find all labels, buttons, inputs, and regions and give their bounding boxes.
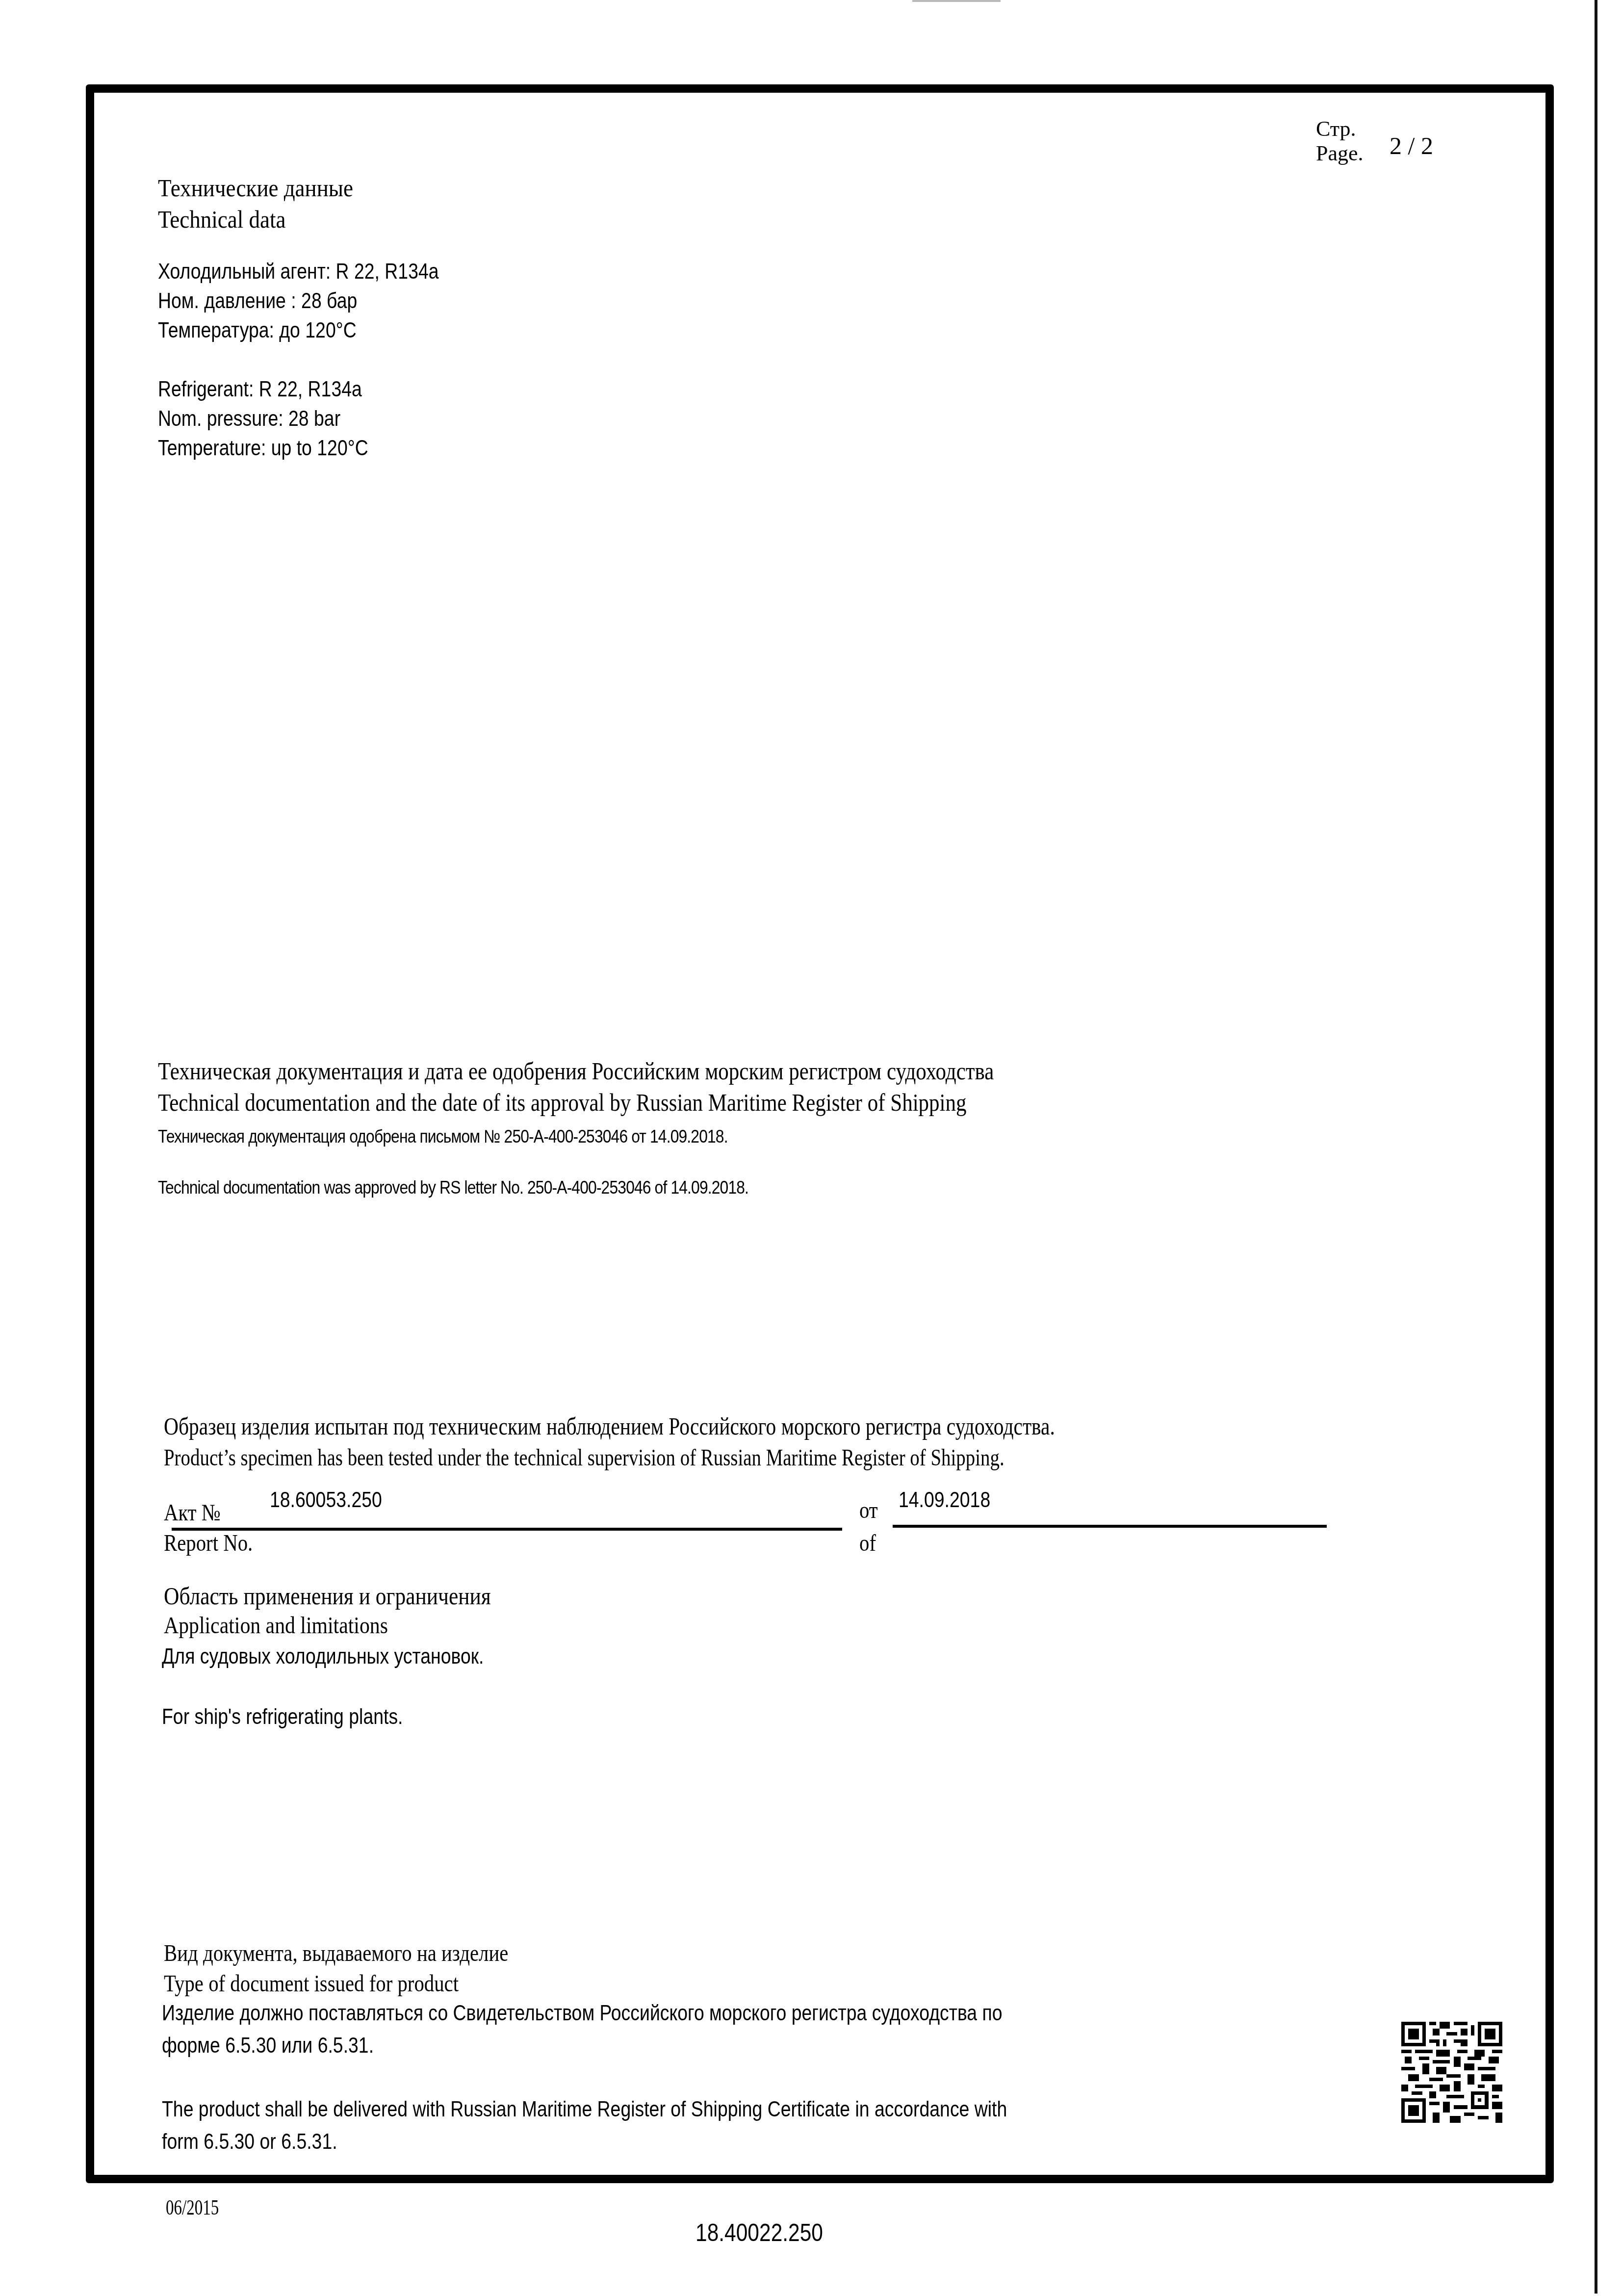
- application-text-ru: Для судовых холодильных установок.: [162, 1646, 541, 1668]
- report-label-en: Report No.: [164, 1532, 268, 1555]
- document-type-text-en-line2: form 6.5.30 or 6.5.31.: [162, 2131, 368, 2153]
- technical-data-heading-en: Technical data: [158, 207, 300, 232]
- specimen-heading-en: Product’s specimen has been tested under…: [164, 1446, 1202, 1470]
- scan-edge-line: [1595, 0, 1597, 2294]
- report-label-ru: Акт №: [164, 1501, 231, 1525]
- page-number: 2 / 2: [1390, 133, 1433, 158]
- documentation-approval-ru: Техническая документация одобрена письмо…: [158, 1127, 821, 1146]
- scan-artifact: [912, 0, 1001, 2]
- report-date: 14.09.2018: [899, 1489, 1006, 1511]
- document-type-heading-ru: Вид документа, выдаваемого на изделие: [164, 1942, 569, 1965]
- document-type-text-ru-line1: Изделие должно поставляться со Свидетель…: [162, 2003, 1151, 2024]
- report-number: 18.60053.250: [270, 1489, 402, 1511]
- spec-pressure-ru: Ном. давление : 28 бар: [158, 290, 392, 312]
- technical-data-heading-ru: Технические данные: [158, 176, 375, 200]
- page-label: Стр. Page.: [1316, 117, 1364, 166]
- document-type-heading-en: Type of document issued for product: [164, 1972, 511, 1996]
- application-text-en: For ship's refrigerating plants.: [162, 1706, 445, 1728]
- document-type-text-ru-line2: форме 6.5.30 или 6.5.31.: [162, 2035, 411, 2057]
- spec-refrigerant-ru: Холодильный агент: R 22, R134a: [158, 261, 489, 283]
- date-label-en: of: [859, 1532, 879, 1555]
- report-date-underline: [893, 1525, 1327, 1528]
- form-date: 06/2015: [166, 2197, 236, 2218]
- application-heading-ru: Область применения и ограничения: [164, 1584, 540, 1608]
- date-label-ru: от: [859, 1499, 881, 1522]
- qr-code-icon: [1401, 2022, 1502, 2123]
- page-label-en: Page.: [1316, 141, 1364, 166]
- certificate-number: 18.40022.250: [695, 2220, 846, 2245]
- documentation-heading-en: Technical documentation and the date of …: [158, 1090, 1098, 1115]
- page-label-ru: Стр.: [1316, 117, 1364, 141]
- spec-temperature-ru: Температура: до 120°C: [158, 320, 391, 341]
- documentation-approval-en: Technical documentation was approved by …: [158, 1178, 845, 1197]
- spec-refrigerant-en: Refrigerant: R 22, R134a: [158, 379, 398, 400]
- specimen-heading-ru: Образец изделия испытан под техническим …: [164, 1414, 1237, 1438]
- application-heading-en: Application and limitations: [164, 1614, 421, 1638]
- spec-pressure-en: Nom. pressure: 28 bar: [158, 408, 373, 430]
- report-number-underline: [172, 1528, 842, 1531]
- documentation-heading-ru: Техническая документация и дата ее одобр…: [158, 1059, 1130, 1083]
- spec-temperature-en: Temperature: up to 120°C: [158, 438, 405, 459]
- document-type-text-en-line1: The product shall be delivered with Russ…: [162, 2099, 1156, 2120]
